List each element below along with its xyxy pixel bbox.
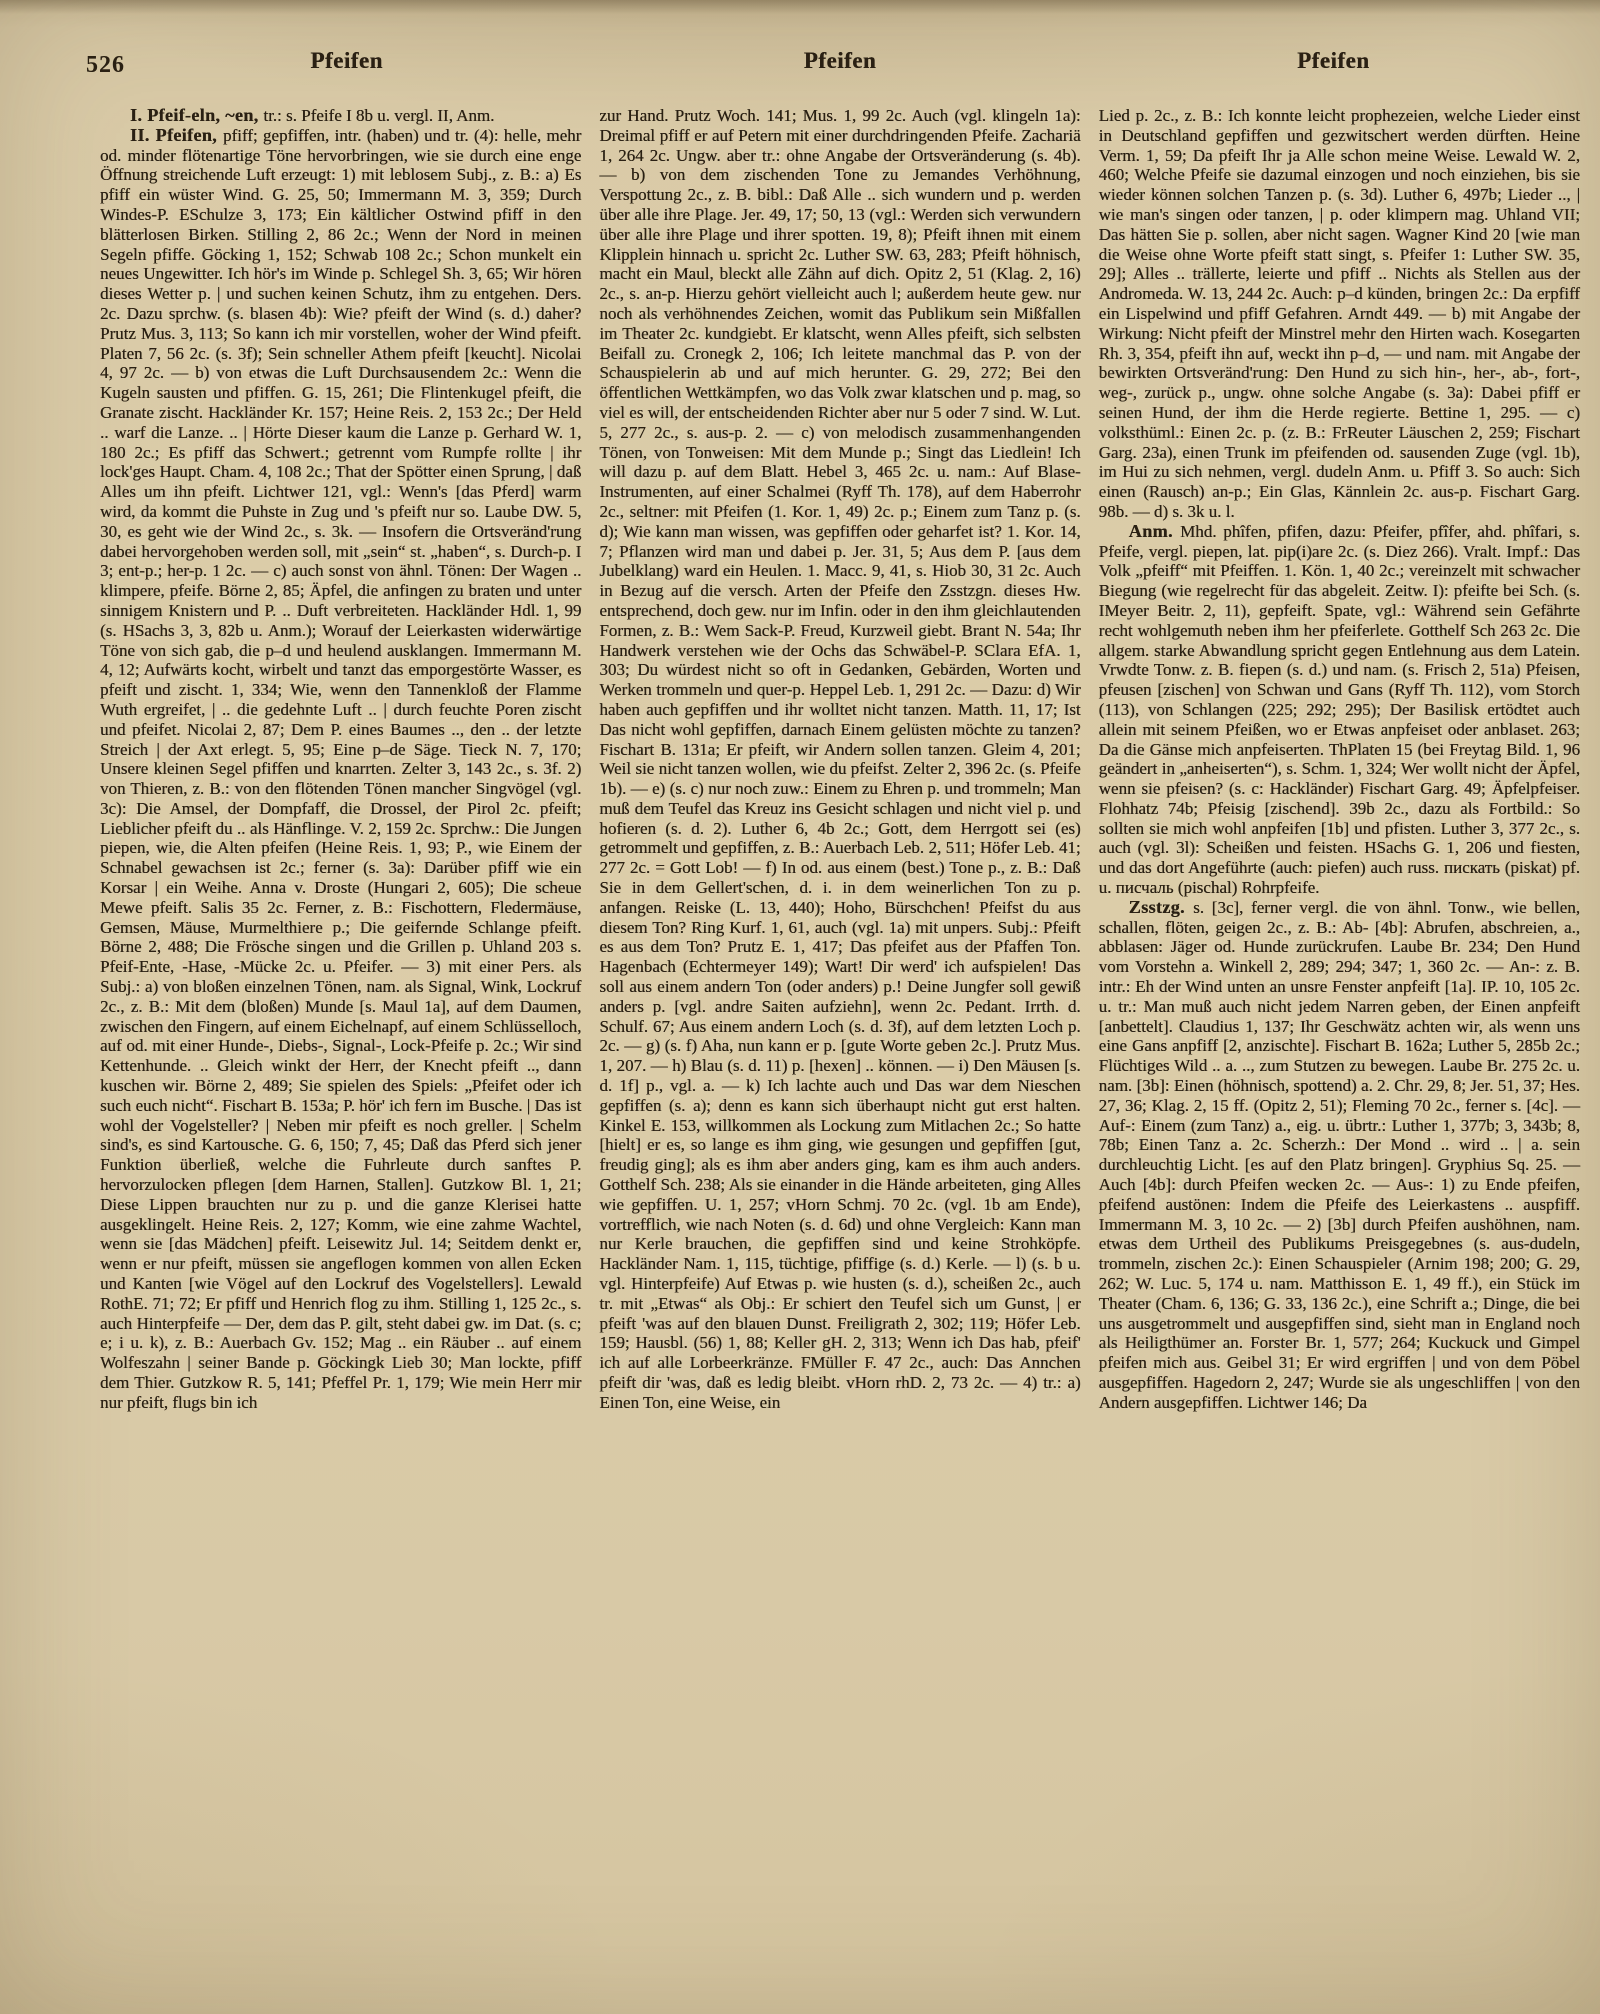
- paragraph: Anm. Mhd. phîfen, pfifen, dazu: Pfeifer,…: [1099, 522, 1580, 898]
- paragraph: zur Hand. Prutz Woch. 141; Mus. 1, 99 2c…: [599, 106, 1080, 1413]
- page-number: 526: [86, 52, 125, 79]
- entry-headword: Zsstzg.: [1129, 897, 1193, 917]
- text-column-2: zur Hand. Prutz Woch. 141; Mus. 1, 99 2c…: [599, 106, 1080, 2014]
- text-column-1: I. Pfeif-eln, ~en, tr.: s. Pfeife I 8b u…: [100, 106, 581, 2014]
- paragraph: II. Pfeifen, pfiff; gepfiffen, intr. (ha…: [100, 126, 581, 1413]
- running-head-right: Pfeifen: [1087, 48, 1580, 74]
- running-head-center: Pfeifen: [593, 48, 1086, 74]
- running-head-left: Pfeifen: [100, 48, 593, 74]
- paragraph: Zsstzg. s. [3c], ferner vergl. die von ä…: [1099, 898, 1580, 1413]
- page-header: 526 Pfeifen Pfeifen Pfeifen: [100, 48, 1580, 92]
- entry-headword: Anm.: [1129, 521, 1180, 541]
- text-columns: I. Pfeif-eln, ~en, tr.: s. Pfeife I 8b u…: [100, 106, 1580, 2014]
- text-column-3: Lied p. 2c., z. B.: Ich konnte leicht pr…: [1099, 106, 1580, 2014]
- entry-headword: II. Pfeifen,: [130, 125, 223, 145]
- paragraph: Lied p. 2c., z. B.: Ich konnte leicht pr…: [1099, 106, 1580, 522]
- paragraph: I. Pfeif-eln, ~en, tr.: s. Pfeife I 8b u…: [100, 106, 581, 126]
- scanned-dictionary-page: 526 Pfeifen Pfeifen Pfeifen I. Pfeif-eln…: [0, 0, 1600, 2014]
- scan-edge-shadow: [0, 0, 1600, 14]
- entry-headword: I. Pfeif-eln, ~en,: [130, 105, 263, 125]
